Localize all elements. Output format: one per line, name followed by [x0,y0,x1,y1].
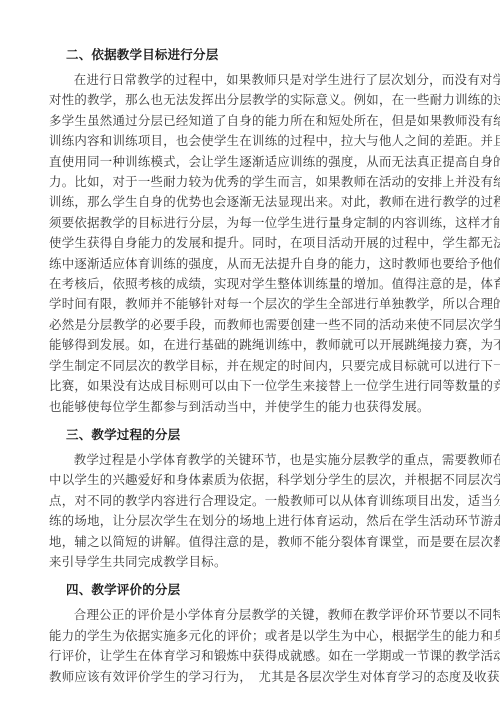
text-line: 点，对不同的教学内容进行合理设定。一般教师可以从体育训练项目出发，适当分割体育训 [49,491,453,511]
section-heading: 二、依据教学目标进行分层 [66,45,453,65]
text-line: 练的场地，让分层次学生在划分的场地上进行体育运动，然后在学生活动环节游走在这些场 [49,511,453,531]
text-line: 使学生获得自身能力的发展和提升。同时，在项目活动开展的过程中，学生都无法在体育训 [49,233,453,253]
paragraph: 在进行日常教学的过程中，如果教师只是对学生进行了层次划分，而没有对学生进行针 对… [49,70,453,417]
text-line: 学生制定不同层次的教学目标，并在规定的时间内，只要完成目标就可以进行下一棒的接力 [49,356,453,376]
text-line: 地，辅之以简短的讲解。值得注意的是，教师不能分裂体育课堂，而是要在层次教学的最后 [49,532,453,552]
paragraph: 合理公正的评价是小学体育分层教学的关键，教师在教学评价环节要以不同特点、不同 能… [49,605,453,687]
text-line: 也能够使每位学生都参与到活动当中，并使学生的能力也获得发展。 [49,397,453,417]
text-line: 能力的学生为依据实施多元化的评价；或者是以学生为中心，根据学生的能力和身心特点进 [49,626,453,646]
section-teaching-evaluation-layering: 四、教学评价的分层 合理公正的评价是小学体育分层教学的关键，教师在教学评价环节要… [49,580,453,687]
text-line: 须要依据教学的目标进行分层，为每一位学生进行量身定制的内容训练，这样才能够真正地 [49,213,453,233]
text-line: 必然是分层教学的必要手段，而教师也需要创建一些不同的活动来使不同层次学生的能力都 [49,315,453,335]
document-page: 二、依据教学目标进行分层 在进行日常教学的过程中，如果教师只是对学生进行了层次划… [49,45,453,695]
text-line: 来引导学生共同完成教学目标。 [49,552,453,572]
text-line: 训练内容和训练项目，也会使学生在训练的过程中，拉大与他人之间的差距。并且，如果一 [49,131,453,151]
text-line: 行评价，让学生在体育学习和锻炼中获得成就感。如在一学期或一节课的教学活动结束后， [49,646,453,666]
text-line: 在进行日常教学的过程中，如果教师只是对学生进行了层次划分，而没有对学生进行针 [49,70,453,90]
text-line: 教师应该有效评价学生的学习行为， 尤其是各层次学生对体育学习的态度及收获。针对缺 [49,667,453,687]
text-line: 训练，那么学生自身的优势也会逐渐无法显现出来。对此，教师在进行教学的过程中，则必 [49,192,453,212]
text-line: 力。比如，对于一些耐力较为优秀的学生而言，如果教师在活动的安排上并没有给他们加大 [49,172,453,192]
text-line: 学时间有限，教师并不能够针对每一个层次的学生全部进行单独教学，所以合理的课堂设计 [49,294,453,314]
section-teaching-process-layering: 三、教学过程的分层 教学过程是小学体育教学的关键环节，也是实施分层教学的重点，需… [49,425,453,572]
text-line: 教学过程是小学体育教学的关键环节，也是实施分层教学的重点，需要教师在实际教学 [49,450,453,470]
text-line: 直使用同一种训练模式，会让学生逐渐适应训练的强度，从而无法真正提高自身的体力和耐 [49,152,453,172]
section-teaching-goal-layering: 二、依据教学目标进行分层 在进行日常教学的过程中，如果教师只是对学生进行了层次划… [49,45,453,417]
section-heading: 四、教学评价的分层 [66,580,453,600]
text-line: 中以学生的兴趣爱好和身体素质为依据，科学划分学生的层次，并根据不同层次学生的特 [49,470,453,490]
text-line: 能够得到发展。如，在进行基础的跳绳训练中，教师就可以开展跳绳接力赛，为不同层次的 [49,335,453,355]
text-line: 合理公正的评价是小学体育分层教学的关键，教师在教学评价环节要以不同特点、不同 [49,605,453,625]
text-line: 对性的教学，那么也无法发挥出分层教学的实际意义。例如，在一些耐力训练的过程中，很 [49,90,453,110]
section-heading: 三、教学过程的分层 [66,425,453,445]
text-line: 比赛，如果没有达成目标则可以由下一位学生来接替上一位学生进行同等数量的竞赛，这样 [49,376,453,396]
paragraph: 教学过程是小学体育教学的关键环节，也是实施分层教学的重点，需要教师在实际教学 中… [49,450,453,572]
text-line: 多学生虽然通过分层已经知道了自身的能力所在和短处所在，但是如果教师没有给学生制定 [49,111,453,131]
text-line: 练中逐渐适应体育训练的强度，从而无法提升自身的能力，这时教师也要给予他们帮助，并 [49,254,453,274]
text-line: 在考核后，依照考核的成绩，实现对学生整体训练量的增加。值得注意的是，体育课堂的教 [49,274,453,294]
